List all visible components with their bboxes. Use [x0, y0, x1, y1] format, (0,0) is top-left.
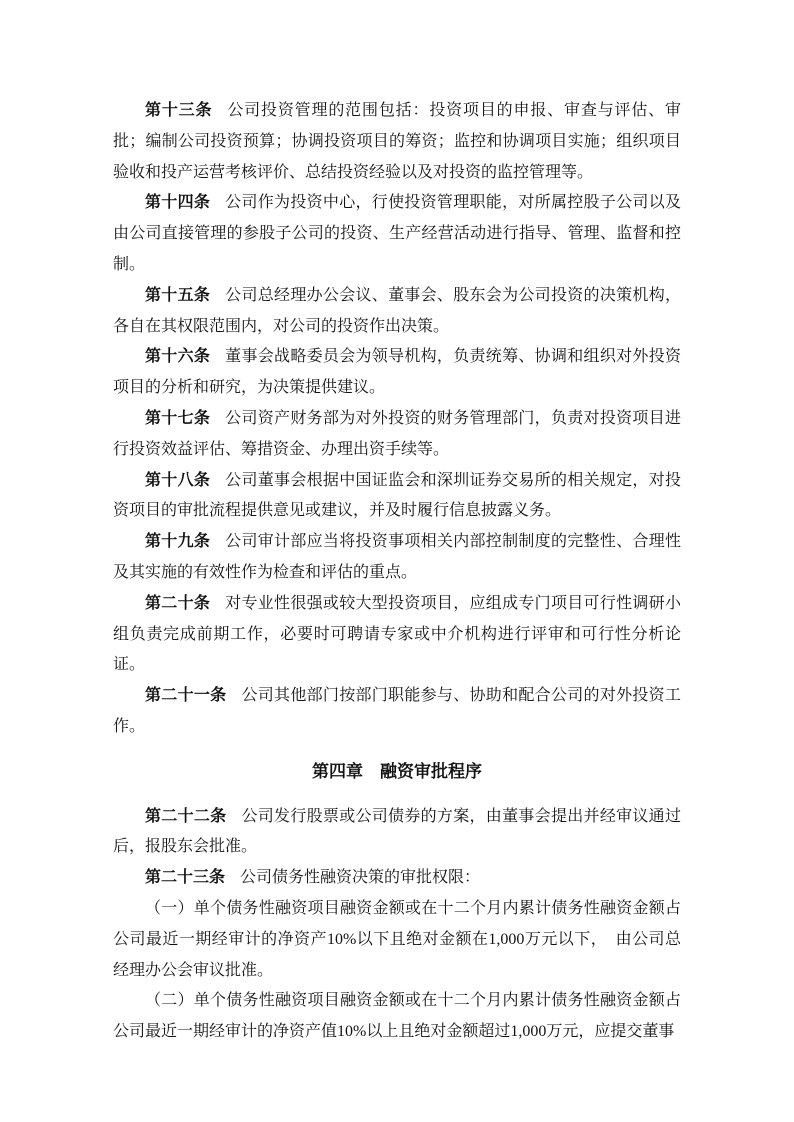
article-number-22: 第二十二条: [145, 808, 241, 825]
article-paragraph-20: 第二十条对专业性很强或较大型投资项目，应组成专门项目可行性调研小组负责完成前期工…: [113, 589, 681, 681]
article-number-21: 第二十一条: [145, 687, 241, 704]
clause-paragraph-2: （二）单个债务性融资项目融资金额或在十二个月内累计债务性融资金额占公司最近一期经…: [113, 986, 681, 1048]
document-page: 第十三条公司投资管理的范围包括：投资项目的申报、审查与评估、审批；编制公司投资预…: [0, 0, 794, 1122]
article-paragraph-16: 第十六条董事会战略委员会为领导机构，负责统筹、协调和组织对外投资项目的分析和研究…: [113, 342, 681, 404]
article-paragraph-23: 第二十三条公司债务性融资决策的审批权限：: [113, 863, 681, 894]
article-paragraph-18: 第十八条公司董事会根据中国证监会和深圳证券交易所的相关规定，对投资项目的审批流程…: [113, 466, 681, 528]
article-text-23: 公司债务性融资决策的审批权限：: [240, 869, 480, 886]
article-number-17: 第十七条: [145, 410, 225, 427]
article-paragraph-14: 第十四条公司作为投资中心，行使投资管理职能，对所属控股子公司以及由公司直接管理的…: [113, 188, 681, 280]
article-paragraph-17: 第十七条公司资产财务部为对外投资的财务管理部门，负责对投资项目进行投资效益评估、…: [113, 404, 681, 466]
article-paragraph-21: 第二十一条公司其他部门按部门职能参与、协助和配合公司的对外投资工作。: [113, 681, 681, 743]
article-paragraph-22: 第二十二条公司发行股票或公司债券的方案，由董事会提出并经审议通过后，报股东会批准…: [113, 802, 681, 864]
chapter-heading: 第四章 融资审批程序: [113, 757, 681, 788]
clause-paragraph-1: （一）单个债务性融资项目融资金额或在十二个月内累计债务性融资金额占公司最近一期经…: [113, 894, 681, 986]
article-number-18: 第十八条: [145, 472, 225, 489]
article-number-15: 第十五条: [145, 287, 225, 304]
article-paragraph-13: 第十三条公司投资管理的范围包括：投资项目的申报、审查与评估、审批；编制公司投资预…: [113, 96, 681, 188]
article-number-16: 第十六条: [145, 348, 225, 365]
article-paragraph-19: 第十九条公司审计部应当将投资事项相关内部控制制度的完整性、合理性及其实施的有效性…: [113, 527, 681, 589]
article-number-14: 第十四条: [145, 194, 225, 211]
article-number-20: 第二十条: [145, 595, 225, 612]
article-number-23: 第二十三条: [145, 869, 240, 886]
article-number-13: 第十三条: [145, 102, 227, 119]
article-number-19: 第十九条: [145, 533, 225, 550]
article-paragraph-15: 第十五条公司总经理办公会议、董事会、股东会为公司投资的决策机构，各自在其权限范围…: [113, 281, 681, 343]
